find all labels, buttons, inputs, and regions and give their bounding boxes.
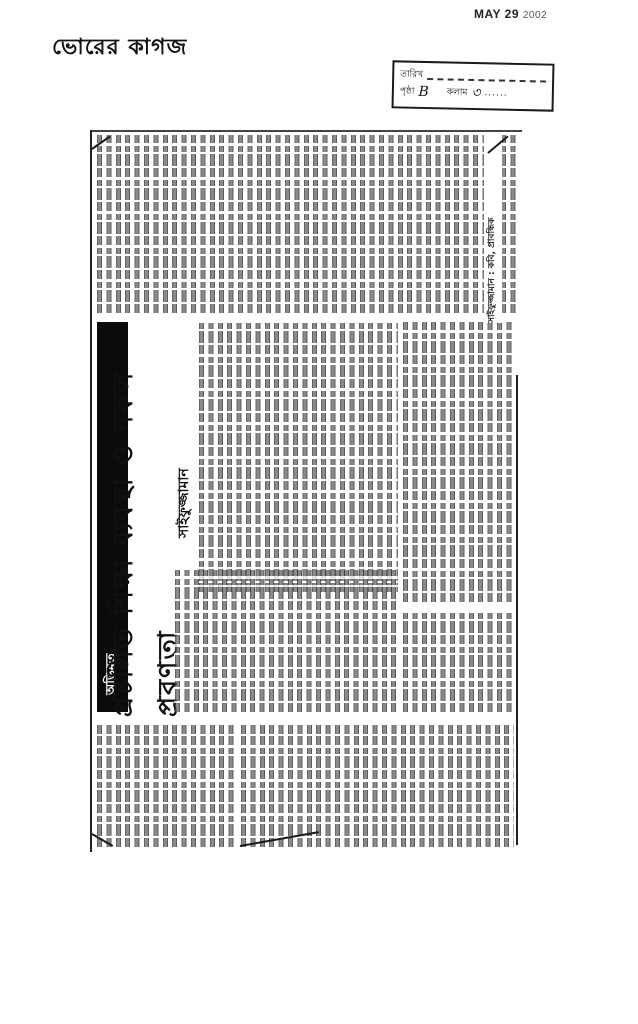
body-text-lines bbox=[240, 725, 514, 847]
article-body-upper bbox=[96, 135, 516, 313]
article-body-col-3 bbox=[402, 322, 514, 602]
clipping-top-edge bbox=[90, 130, 522, 132]
body-text-lines bbox=[402, 610, 514, 712]
ledger-column-value: ৩ bbox=[471, 85, 480, 102]
ledger-date-label: তারিখ bbox=[400, 66, 423, 83]
newspaper-clipping: অভিমত প্রচলিত শিক্ষা ব্যবস্থা ও নকল প্রব… bbox=[90, 130, 522, 852]
article-body-col-4 bbox=[402, 610, 514, 712]
article-body-col-1 bbox=[198, 322, 398, 592]
article-byline: সাইফুজ্জামান bbox=[174, 448, 194, 558]
ledger-page-column-row: পৃষ্ঠা B কলাম ৩ ...... bbox=[400, 83, 546, 103]
body-text-lines bbox=[198, 322, 398, 592]
newspaper-masthead: ভোরের কাগজ bbox=[52, 30, 187, 67]
article-headline: প্রচলিত শিক্ষা ব্যবস্থা ও নকল প্রবণতা bbox=[130, 322, 164, 717]
body-text-lines bbox=[174, 570, 398, 712]
body-text-lines bbox=[96, 135, 516, 313]
ledger-page-label: পৃষ্ঠা bbox=[400, 83, 415, 100]
date-stamp-year: 2002 bbox=[523, 10, 547, 21]
article-body-col-2 bbox=[174, 570, 398, 712]
ledger-stamp-box: তারিখ পৃষ্ঠা B কলাম ৩ ...... bbox=[392, 60, 555, 111]
article-body-lower-right bbox=[240, 725, 514, 847]
date-stamp: MAY 29 2002 bbox=[474, 7, 547, 21]
body-text-lines bbox=[402, 322, 514, 602]
article-body-lower-left bbox=[96, 725, 236, 847]
date-stamp-month-day: MAY 29 bbox=[474, 7, 519, 21]
author-signature: সাইফুজ্জামান : কবি, প্রাবন্ধিক bbox=[484, 133, 502, 323]
ledger-page-value: B bbox=[418, 84, 429, 101]
body-text-lines bbox=[96, 725, 236, 847]
ledger-date-blank bbox=[427, 72, 546, 82]
ledger-column-label: কলাম bbox=[447, 84, 468, 101]
clipping-right-rule bbox=[516, 375, 518, 845]
clipping-left-rule bbox=[90, 130, 92, 852]
